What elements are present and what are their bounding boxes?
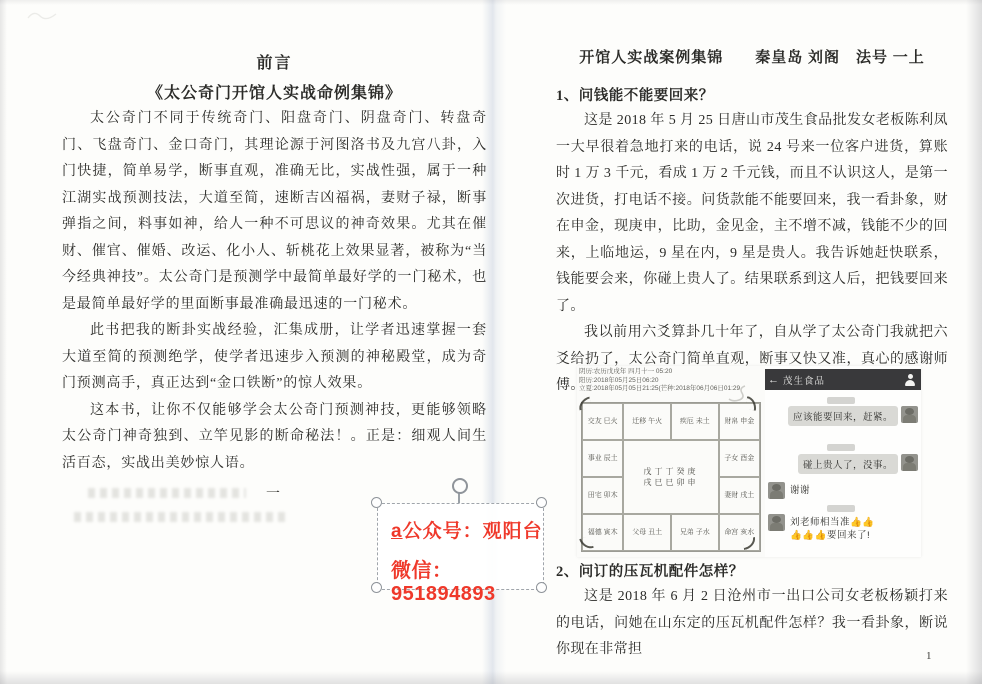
watermark-account: 公众号：观阳台	[403, 521, 543, 542]
palace-cell: 父母 丑土	[623, 514, 671, 551]
preface-title: 前言	[62, 50, 487, 73]
palace-cell: 交友 巳火	[582, 403, 623, 440]
pillars-stems: 戊丁丁癸庚	[643, 466, 698, 477]
back-arrow-icon: ←	[768, 374, 779, 386]
right-page-number: 1	[926, 650, 932, 662]
avatar	[768, 482, 785, 499]
case1-heading: 1、问钱能不能要回来？	[556, 84, 948, 105]
avatar	[901, 454, 918, 471]
running-header: 开馆人实战案例集锦 秦皇岛 刘阁 法号 一上	[556, 46, 948, 67]
four-pillars-cell: 戊丁丁癸庚 戌巳巳卯申	[623, 440, 718, 514]
left-page-number: 一	[266, 483, 280, 503]
palace-cell: 妻财 戌土	[719, 477, 760, 514]
case1-evidence-figure: 阴历:农历戊戌年 四月十一 05:20 阳历:2018年05月25日06:20 …	[577, 366, 921, 557]
chat-timestamp-pill	[827, 397, 855, 404]
palace-cell: 疾厄 未土	[671, 403, 719, 440]
chart-lunar-date: 阴历:农历戊戌年 四月十一 05:20	[579, 368, 761, 377]
watermark-line1: a公众号：观阳台	[391, 516, 543, 543]
palace-grid: 交友 巳火 迁移 午火 疾厄 未土 财帛 申金 事业 辰土 戊丁丁癸庚 戌巳巳卯…	[581, 402, 761, 552]
chat-bubble: 碰上贵人了，没事。	[798, 454, 898, 474]
case2-heading: 2、问订的压瓦机配件怎样？	[556, 560, 948, 581]
palace-cell: 田宅 卯木	[582, 477, 623, 514]
preface-paragraph: 此书把我的断卦实战经验，汇集成册，让学者迅速掌握一套大道至简的预测绝学，使学者迅…	[62, 318, 487, 398]
qimen-chart: 阴历:农历戊戌年 四月十一 05:20 阳历:2018年05月25日06:20 …	[577, 366, 765, 557]
chat-timestamp-pill	[827, 444, 855, 451]
bleedthrough-smudge	[88, 488, 246, 498]
preface-paragraph: 太公奇门不同于传统奇门、阳盘奇门、阴盘奇门、转盘奇门、飞盘奇门、金口奇门，其理论…	[62, 106, 487, 318]
scanned-book-spread: 前言 《太公奇门开馆人实战命例集锦》 太公奇门不同于传统奇门、阳盘奇门、阴盘奇门…	[0, 0, 982, 684]
watermark-textbox[interactable]: a公众号：观阳台 微信：951894893	[377, 503, 544, 590]
textbox-resize-handle[interactable]	[536, 582, 547, 593]
chat-header-bar: ← 茂生食品	[765, 369, 921, 390]
textbox-rotate-handle[interactable]	[452, 478, 468, 494]
case2-paragraph: 这是 2018 年 6 月 2 日沧州市一出口公司女老板杨颖打来的电话，问她在山…	[556, 584, 948, 664]
case1-paragraph: 这是 2018 年 5 月 25 日唐山市茂生食品批发女老板陈利凤一大早很着急地…	[556, 108, 948, 320]
textbox-resize-handle[interactable]	[536, 497, 547, 508]
textbox-resize-handle[interactable]	[371, 582, 382, 593]
palace-cell: 事业 辰土	[582, 440, 623, 477]
watermark-prefix: a	[391, 521, 403, 542]
chat-message: 碰上贵人了，没事。	[798, 454, 918, 474]
chat-message: 刘老师相当准👍👍 👍👍👍要回来了!	[768, 514, 877, 544]
pillars-branches: 戌巳巳卯申	[643, 477, 698, 488]
pencil-scribble	[26, 8, 60, 22]
wechat-screenshot: ← 茂生食品 应该能要回来，赶紧。 碰上贵人了，没事。 谢谢 刘老师相当准�	[765, 366, 921, 557]
book-title: 《太公奇门开馆人实战命例集锦》	[62, 80, 487, 103]
watermark-line2: 微信：951894893	[391, 554, 543, 606]
chat-text: 刘老师相当准👍👍 👍👍👍要回来了!	[788, 514, 877, 544]
avatar	[901, 406, 918, 423]
bleedthrough-smudge	[74, 512, 286, 522]
palace-cell: 迁移 午火	[623, 403, 671, 440]
palace-cell: 子女 酉金	[719, 440, 760, 477]
chat-message: 应该能要回来，赶紧。	[788, 406, 918, 426]
contact-person-icon	[903, 373, 917, 387]
textbox-resize-handle[interactable]	[371, 497, 382, 508]
avatar	[768, 514, 785, 531]
palace-cell: 命宫 亥水	[719, 514, 760, 551]
preface-body: 太公奇门不同于传统奇门、阳盘奇门、阴盘奇门、转盘奇门、飞盘奇门、金口奇门，其理论…	[62, 106, 487, 477]
chat-timestamp-pill	[827, 505, 855, 512]
chat-message: 谢谢	[768, 482, 812, 499]
palace-cell: 兄弟 子水	[671, 514, 719, 551]
chat-contact-name: 茂生食品	[783, 373, 903, 387]
chat-text: 谢谢	[788, 482, 812, 499]
preface-paragraph: 这本书，让你不仅能够学会太公奇门预测神技，更能够领略太公奇门神奇独到、立竿见影的…	[62, 398, 487, 478]
chat-bubble: 应该能要回来，赶紧。	[788, 406, 898, 426]
